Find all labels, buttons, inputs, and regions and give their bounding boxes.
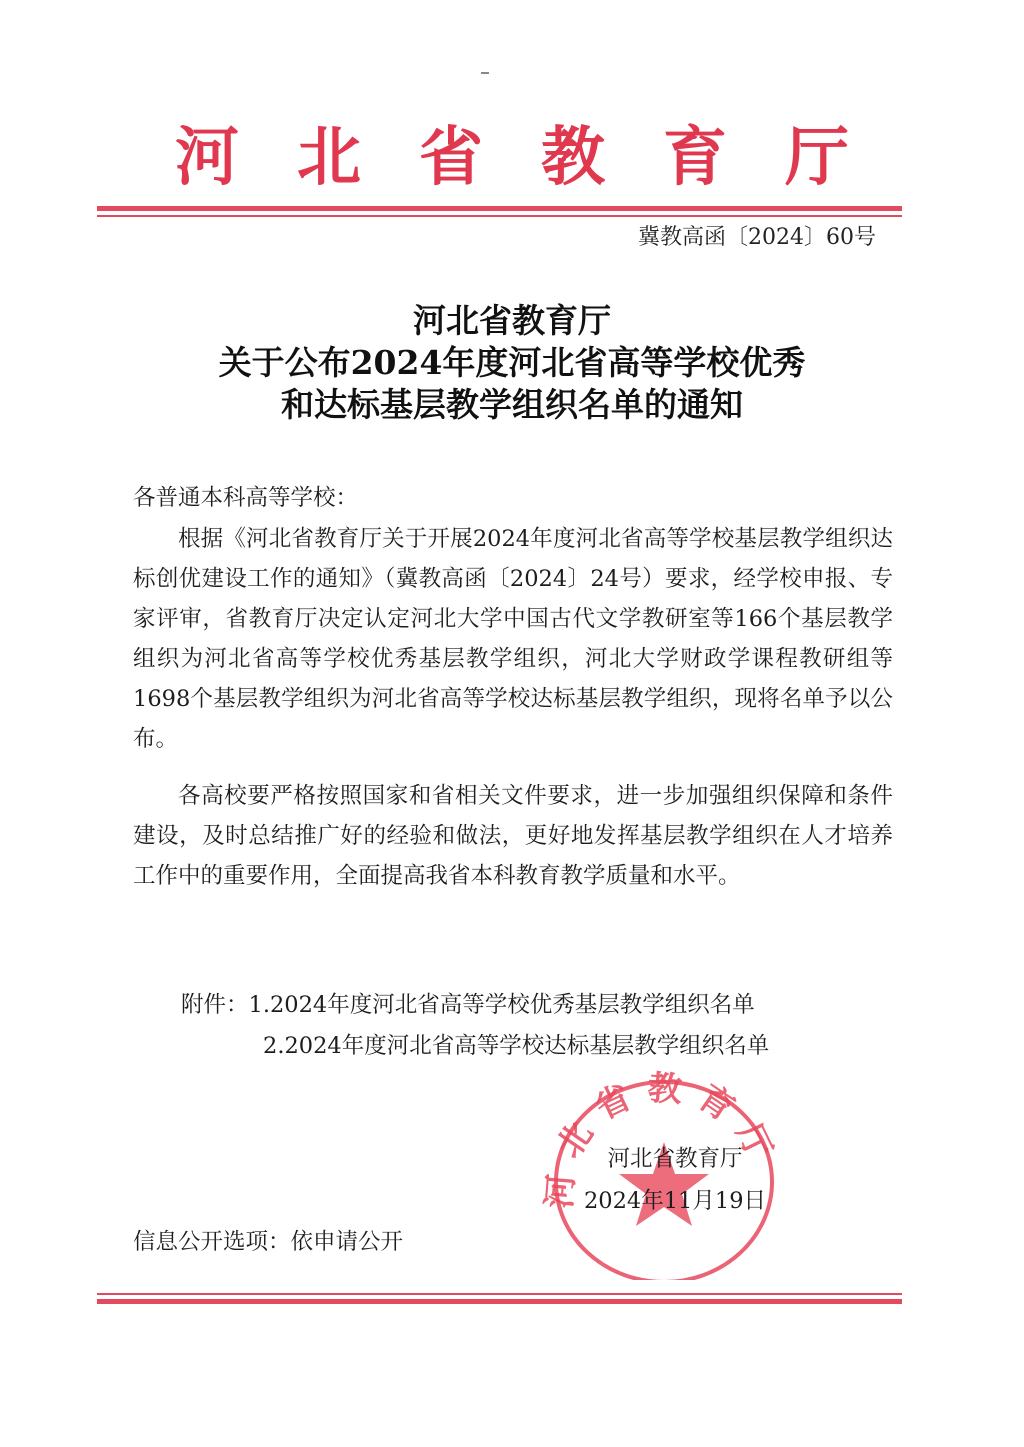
issuer-name: 河北省教育厅	[550, 1138, 800, 1180]
body-paragraph-2: 各高校要严格按照国家和省相关文件要求，进一步加强组织保障和条件建设，及时总结推广…	[133, 776, 893, 896]
footer-rule-thin	[97, 1293, 902, 1295]
paragraph-text: 各高校要严格按照国家和省相关文件要求，进一步加强组织保障和条件建设，及时总结推广…	[133, 776, 893, 896]
attachments: 附件：1.2024年度河北省高等学校优秀基层教学组织名单 2.2024年度河北省…	[181, 985, 769, 1067]
title-line-1: 河北省教育厅	[0, 300, 1024, 342]
paragraph-text: 根据《河北省教育厅关于开展2024年度河北省高等学校基层教学组织达标创优建设工作…	[133, 519, 893, 759]
scan-mark	[481, 72, 489, 74]
document-number: 冀教高函〔2024〕60号	[638, 222, 876, 254]
footer-rule-thick	[97, 1299, 902, 1304]
document-title: 河北省教育厅 关于公布2024年度河北省高等学校优秀 和达标基层教学组织名单的通…	[0, 300, 1024, 426]
attachment-item-2: 2.2024年度河北省高等学校达标基层教学组织名单	[263, 1033, 769, 1059]
attachment-item-1: 1.2024年度河北省高等学校优秀基层教学组织名单	[249, 992, 755, 1018]
title-line-3: 和达标基层教学组织名单的通知	[0, 384, 1024, 426]
body-paragraph-1: 根据《河北省教育厅关于开展2024年度河北省高等学校基层教学组织达标创优建设工作…	[133, 519, 893, 759]
attachment-2: 2.2024年度河北省高等学校达标基层教学组织名单	[181, 1026, 769, 1067]
header-rule-thick	[97, 206, 902, 211]
title-line-2: 关于公布2024年度河北省高等学校优秀	[0, 342, 1024, 384]
issue-date: 2024年11月19日	[550, 1180, 800, 1222]
disclosure-option: 信息公开选项：依申请公开	[133, 1226, 403, 1258]
attachment-1: 附件：1.2024年度河北省高等学校优秀基层教学组织名单	[181, 985, 769, 1026]
header-rule-thin	[97, 215, 902, 217]
attachment-label: 附件：	[181, 992, 249, 1018]
signature-block: 河北省教育厅 2024年11月19日	[550, 1138, 800, 1222]
masthead: 河北省教育厅	[0, 118, 1024, 198]
salutation: 各普通本科高等学校：	[133, 478, 893, 518]
